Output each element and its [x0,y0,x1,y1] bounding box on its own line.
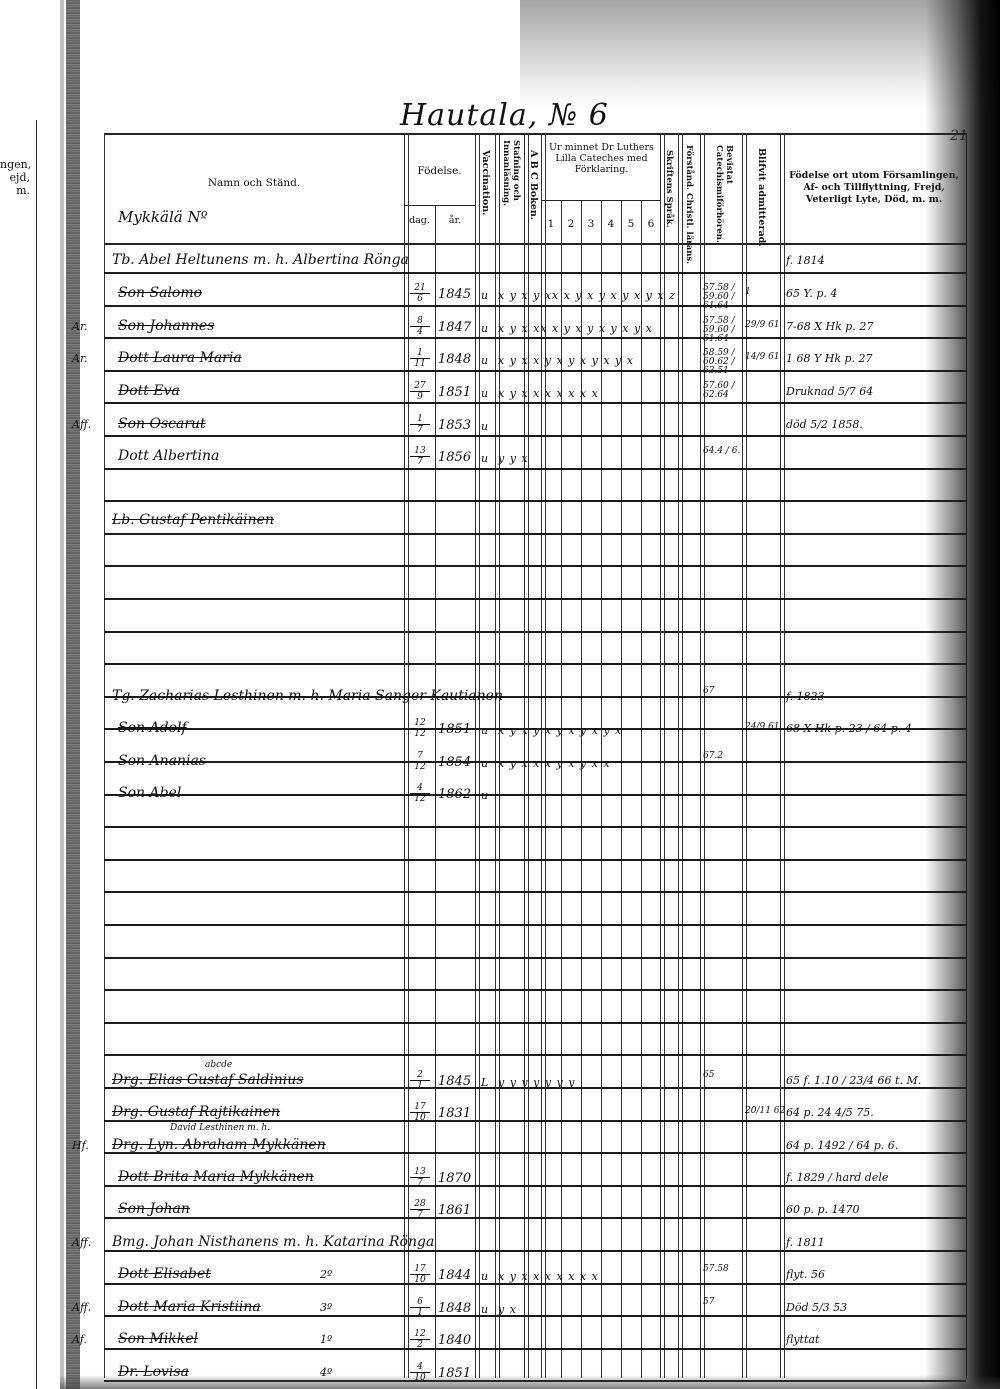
birth-year: 1853 [438,418,471,433]
birth-date-fraction: 279 [410,381,430,402]
birth-day: 4 [410,1362,430,1373]
entry-ordinal: 2º [320,1268,332,1281]
entry-name: Son Abel [118,785,181,801]
admitted-date: 24/9 61 [745,722,780,732]
left-margin-mark: Af. [72,1333,87,1346]
catechism-exams: 57.58 / 59.60 / 61.64 [703,284,741,311]
birth-date-fraction: 84 [410,316,430,337]
register-entry: Son Adolf12121851ux y x y x y x y x y x2… [0,716,1000,746]
left-margin-mark: Aff. [72,418,91,431]
birth-day: 13 [410,446,430,457]
reading-marks: x y x x x x x x x [498,1270,599,1283]
catechism-exams: 57.60 / 62.64 [703,382,741,400]
remarks-note: Druknad 5/7 64 [786,385,873,398]
left-margin-mark: Ar. [72,352,88,365]
row-rule [104,1054,966,1056]
catechism-exams: 64.4 / 6. [703,447,741,456]
fragment-line: ejd, [0,171,30,184]
catechism-exams: 57.58 / 59.60 / 61.64 [703,317,741,344]
entry-name: Tg. Zacharias Lesthinen m. h. Maria Sang… [112,688,503,704]
birth-day: 7 [410,751,430,762]
catechism-exams: 67.2 [703,752,741,761]
birth-date-fraction: 287 [410,1199,430,1220]
register-entry: Son Abel4121862u [0,781,1000,811]
birth-month: 4 [410,327,430,337]
header-abc: A B C Boken. [528,150,538,240]
birth-year: 1845 [438,287,471,302]
row-rule [104,565,966,567]
birth-year: 1851 [438,722,471,737]
reading-marks: x y x y xx x y x y x y x y x z [498,289,676,302]
reading-marks: x y x xx x y x y x y x y x [498,322,653,335]
row-rule [104,500,966,502]
remarks-note: 68 X Hk p. 23 / 64 p. 4 [786,722,912,735]
header-cat-4: 4 [601,218,621,230]
register-entry: Dott Albertina1371856uy y x64.4 / 6. [0,444,1000,474]
entry-name: Son Mikkel [118,1331,198,1347]
remarks-note: flyttat [786,1333,819,1346]
register-entry: Af.Son Mikkel1º1221840flyttat [0,1327,1000,1357]
remarks-note: Död 5/3 53 [786,1301,847,1314]
admitted-date: 1 [745,287,751,297]
birth-date-fraction: 216 [410,283,430,304]
entry-name: Son Salomo [118,285,202,301]
birth-date-fraction: 21 [410,1070,430,1091]
register-entry: Ar.Son Johannes841847ux y x xx x y x y x… [0,314,1000,344]
register-entry: Aff.Bmg. Johan Nisthanens m. h. Katarina… [0,1230,1000,1260]
entry-name: Son Johan [118,1201,190,1217]
birth-month: 12 [410,762,430,772]
register-entry: Dott Eva2791851ux y x x x x x x x57.60 /… [0,379,1000,409]
register-entry: Lb. Gustaf Pentikäinen [0,508,1000,538]
birth-date-fraction: 412 [410,783,430,804]
header-cat-3: 3 [581,218,601,230]
vaccination-mark: u [481,724,488,737]
left-margin-mark: Ar. [72,320,88,333]
row-rule [104,859,966,861]
birth-day: 27 [410,381,430,392]
header-skriften: Skriftens Språk. [664,150,674,240]
birth-date-fraction: 61 [410,1297,430,1318]
register-entry: Dott Brita Maria Mykkänen1371870f. 1829 … [0,1165,1000,1195]
remarks-note: 65 f. 1.10 / 23/4 66 t. M. [786,1074,921,1087]
row-rule [104,957,966,959]
catechism-exams: 65 [703,1071,741,1080]
vaccination-mark: u [481,757,488,770]
birth-month: 12 [410,794,430,804]
birth-year: 1848 [438,352,471,367]
fragment-line: m. [0,184,30,197]
header-catechism: Ur minnet Dr Luthers Lilla Cateches med … [543,142,660,175]
remarks-note: f. 1811 [786,1236,825,1249]
header-admitterad: Blifvit admitterad. [756,148,766,240]
vaccination-mark: u [481,1270,488,1283]
remarks-note: 64 p. 1492 / 64 p. 6. [786,1139,898,1152]
header-cat-2: 2 [561,218,581,230]
reading-marks: y y x [498,452,529,465]
row-rule [104,826,966,828]
birth-year: 1851 [438,385,471,400]
vaccination-mark: u [481,452,488,465]
reading-marks: x y x x y x y x y x y x [498,354,634,367]
register-entry: Son Johan287186160 p. p. 1470 [0,1197,1000,1227]
header-bottom-rule [104,243,966,245]
header-vaccination: Vaccination. [480,150,490,240]
reading-marks: y x [498,1303,517,1316]
birth-day: 6 [410,1297,430,1308]
vaccination-mark: u [481,1303,488,1316]
remarks-note: f. 1814 [786,254,825,267]
register-entry: Tg. Zacharias Lesthinen m. h. Maria Sang… [0,684,1000,714]
admitted-date: 14/9 61 [745,352,780,362]
rule-cat-sub [541,200,661,201]
header-birth-day: dag. [404,215,435,227]
register-entry: Son Ananias7121854ux y x x x y x y x x67… [0,749,1000,779]
left-page-fragment: ngen, ejd, m. [0,158,30,197]
entry-name: Son Ananias [118,753,206,769]
vaccination-mark: u [481,289,488,302]
birth-year: 1856 [438,450,471,465]
vaccination-mark: L [481,1076,488,1089]
remarks-note: 64 p. 24 4/5 75. [786,1106,874,1119]
birth-day: 1 [410,348,430,359]
header-forstand: Förstånd. Christl. lärans. [684,145,694,240]
remarks-note: 1 68 Y Hk p. 27 [786,352,873,365]
birth-date-fraction: 1710 [410,1102,430,1123]
birth-day: 12 [410,1329,430,1340]
birth-month: 7 [410,457,430,467]
catechism-exams: 57 [703,1298,741,1307]
remarks-note: död 5/2 1858. [786,418,863,431]
birth-year: 1847 [438,320,471,335]
birth-year: 1844 [438,1268,471,1283]
remarks-note: 65 Y. p. 4 [786,287,837,300]
remarks-note: f. 1823 [786,690,825,703]
birth-year: 1845 [438,1074,471,1089]
header-cat-1: 1 [541,218,561,230]
entry-name: Tb. Abel Heltunens m. h. Albertina Rönga [112,252,409,268]
entry-ordinal: 3º [320,1301,332,1314]
birth-day: 17 [410,1102,430,1113]
birth-date-fraction: 1710 [410,1264,430,1285]
remarks-note: flyt. 56 [786,1268,825,1281]
header-cat-6: 6 [641,218,661,230]
birth-day: 12 [410,718,430,729]
register-entry: Aff.Dott Maria Kristiina3º611848uy x57Dö… [0,1295,1000,1325]
entry-name: Drg. Gustaf Rajtikainen [112,1104,280,1120]
birth-year: 1870 [438,1171,471,1186]
page-title: Hautala, № 6 [400,98,609,133]
birth-month: 12 [410,729,430,739]
remarks-note: 60 p. p. 1470 [786,1203,860,1216]
admitted-date: 20/11 62 [745,1106,785,1116]
entry-name: Drg. Elias Gustaf Saldinius [112,1072,303,1088]
entry-superscript: abcde [205,1060,232,1070]
row-rule [104,891,966,893]
birth-date-fraction: 111 [410,348,430,369]
birth-month: 9 [410,392,430,402]
row-rule [104,989,966,991]
vaccination-mark: u [481,322,488,335]
birth-day: 28 [410,1199,430,1210]
birth-day: 4 [410,783,430,794]
entry-name: Dott Brita Maria Mykkänen [118,1169,314,1185]
register-entry: Son Salomo2161845ux y x y xx x y x y x y… [0,281,1000,311]
birth-month: 10 [410,1113,430,1123]
birth-year: 1831 [438,1106,471,1121]
birth-year: 1848 [438,1301,471,1316]
register-entry: Hf.David Lesthinen m. h.Drg. Lyn. Abraha… [0,1133,1000,1163]
catechism-exams: 58.59 / 60.62 / 63.51 [703,349,741,376]
entry-ordinal: 1º [320,1333,332,1346]
birth-month: 7 [410,425,430,435]
catechism-exams: 57.58 [703,1265,741,1274]
vaccination-mark: u [481,420,488,433]
entry-name: Son Oscarut [118,416,206,432]
remarks-note: f. 1829 / hard dele [786,1171,888,1184]
entry-name: Son Johannes [118,318,214,334]
birth-day: 1 [410,414,430,425]
vaccination-mark: u [481,387,488,400]
birth-month: 10 [410,1275,430,1285]
birth-day: 21 [410,283,430,294]
entry-name: Dott Eva [118,383,180,399]
rule-birth-sub [404,205,475,206]
birth-year: 1840 [438,1333,471,1348]
birth-year: 1862 [438,787,471,802]
entry-name: Lb. Gustaf Pentikäinen [112,512,274,528]
entry-note-above: David Lesthinen m. h. [170,1123,270,1133]
entry-name: Bmg. Johan Nisthanens m. h. Katarina Rön… [112,1234,434,1250]
entry-name: Son Adolf [118,720,187,736]
birth-date-fraction: 17 [410,414,430,435]
entry-name: Drg. Lyn. Abraham Mykkänen [112,1137,326,1153]
village-label: Mykkälä Nº [118,208,208,226]
catechism-exams: 67 [703,687,741,696]
birth-day: 17 [410,1264,430,1275]
header-stafning: Stafning och Innanläsning. [499,140,521,240]
row-rule [104,924,966,926]
reading-marks: x y x y x y x y x y x [498,724,622,737]
remarks-note: 7-68 X Hk p. 27 [786,320,873,333]
entry-name: Dott Maria Kristiina [118,1299,261,1315]
birth-month: 7 [410,1210,430,1220]
birth-date-fraction: 137 [410,446,430,467]
row-rule [104,598,966,600]
reading-marks: x y x x x y x y x x [498,757,611,770]
birth-month: 2 [410,1340,430,1350]
birth-day: 8 [410,316,430,327]
reading-marks: x y x x x x x x x [498,387,599,400]
admitted-date: 29/9 61 [745,320,780,330]
register-entry: Drg. Gustaf Rajtikainen1710183120/11 626… [0,1100,1000,1130]
birth-month: 1 [410,1081,430,1091]
birth-year: 1854 [438,755,471,770]
row-rule [104,663,966,665]
birth-day: 13 [410,1167,430,1178]
birth-date-fraction: 1212 [410,718,430,739]
register-entry: Aff.Son Oscarut171853udöd 5/2 1858. [0,412,1000,442]
header-bevistat: Bevistat Catechismiförhören. [708,145,734,240]
scan-shadow-right [925,0,1000,1389]
birth-day: 2 [410,1070,430,1081]
birth-year: 1861 [438,1203,471,1218]
header-top-rule [104,133,966,135]
birth-month: 1 [410,1308,430,1318]
register-entry: Ar.Dott Laura Maria1111848ux y x x y x y… [0,346,1000,376]
header-birth-year: år. [435,215,475,227]
entry-name: Dott Elisabet [118,1266,211,1282]
register-entry: Drg. Elias Gustaf Saldiniusabcde211845Ly… [0,1068,1000,1098]
register-entry: Dott Elisabet2º17101844ux y x x x x x x … [0,1262,1000,1292]
birth-month: 11 [410,359,430,369]
header-birth: Födelse. [404,165,475,177]
register-entry: Tb. Abel Heltunens m. h. Albertina Rönga… [0,248,1000,278]
birth-date-fraction: 137 [410,1167,430,1188]
left-margin-mark: Aff. [72,1301,91,1314]
vaccination-mark: u [481,789,488,802]
vaccination-mark: u [481,354,488,367]
left-margin-mark: Aff. [72,1236,91,1249]
row-rule [104,1022,966,1024]
entry-name: Dott Laura Maria [118,350,242,366]
birth-month: 6 [410,294,430,304]
birth-date-fraction: 712 [410,751,430,772]
birth-date-fraction: 122 [410,1329,430,1350]
birth-month: 7 [410,1178,430,1188]
row-rule [104,631,966,633]
header-name-stand: Namn och Ständ. [104,177,404,189]
reading-marks: y y y y y y y [498,1076,575,1089]
entry-name: Dott Albertina [118,448,219,464]
fragment-line: ngen, [0,158,30,171]
left-margin-mark: Hf. [72,1139,89,1152]
scan-noise-bottom [60,1375,1000,1389]
header-cat-5: 5 [621,218,641,230]
